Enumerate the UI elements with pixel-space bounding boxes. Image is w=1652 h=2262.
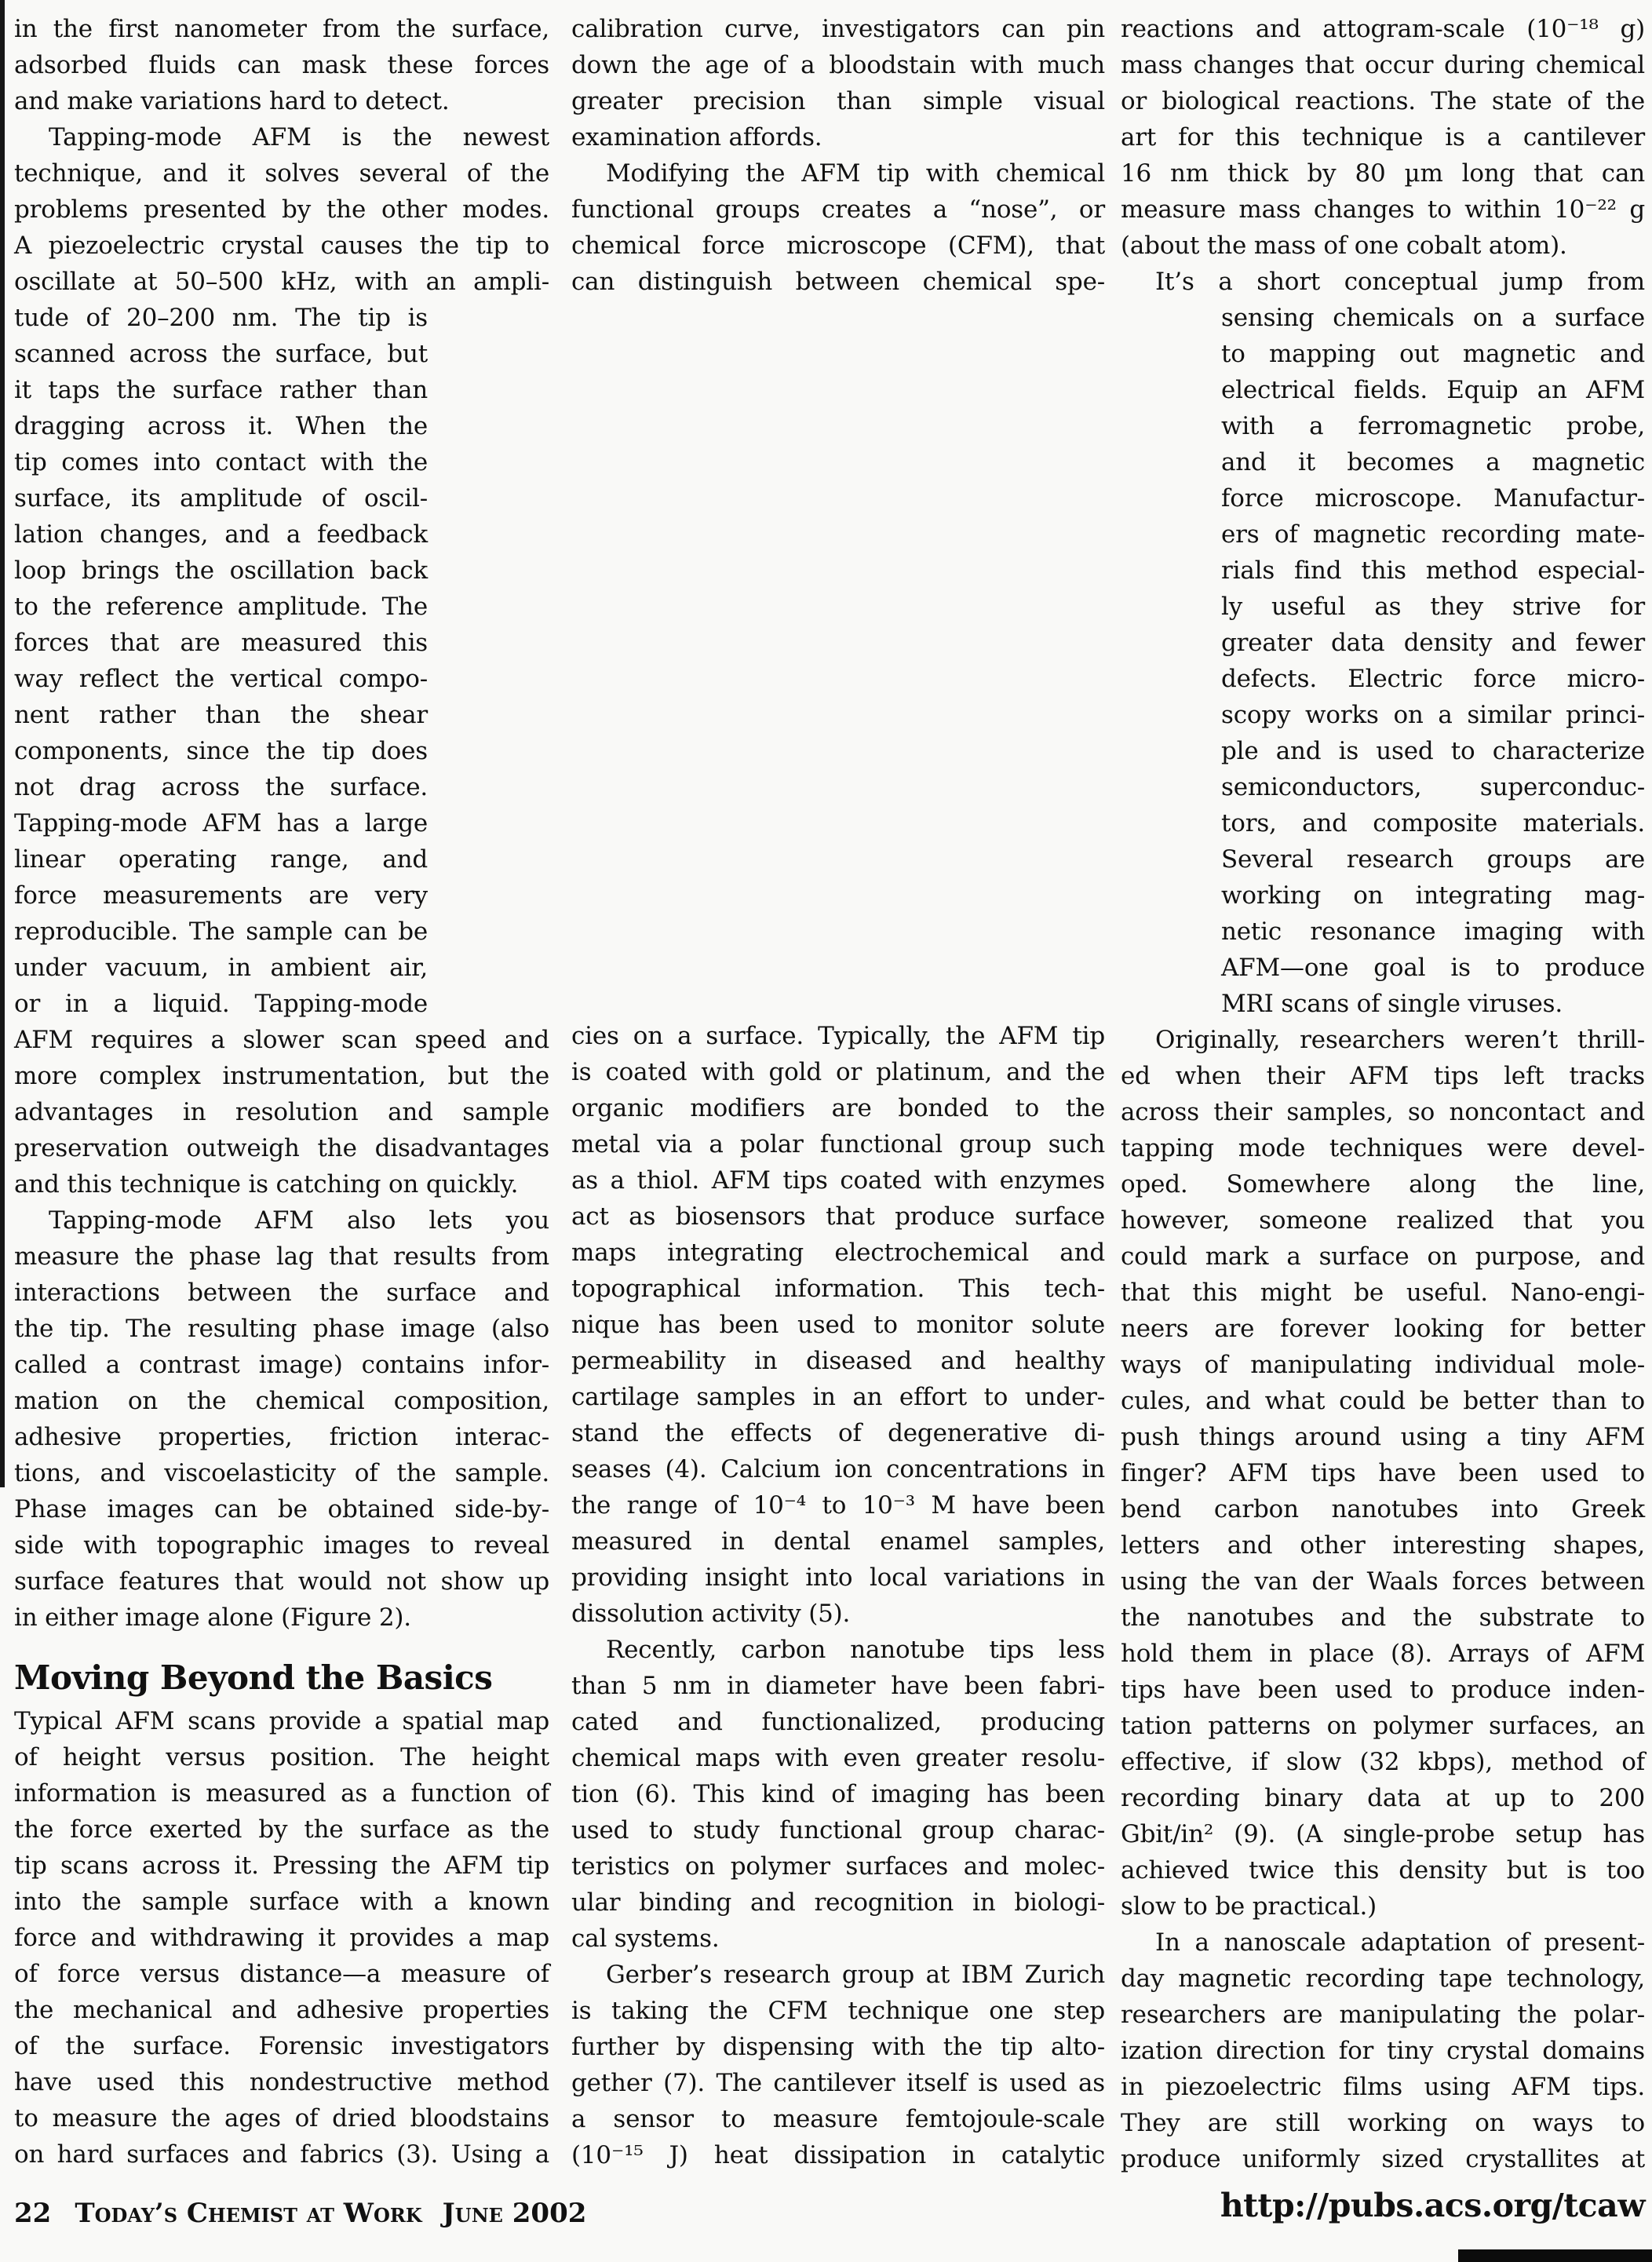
- body-text-line: day magnetic recording tape technology,: [1121, 1961, 1645, 1997]
- text-block-col3-figure-wrap: sensing chemicals on a surfaceto mapping…: [1221, 300, 1645, 1022]
- body-text-line: problems presented by the other modes.: [14, 192, 549, 228]
- footer-page-info: 22Today’s Chemist at WorkJune 2002: [14, 2198, 586, 2229]
- paragraph: cies on a surface. Typically, the AFM ti…: [571, 1018, 1105, 1632]
- body-text-line: technique, and it solves several of the: [14, 155, 549, 192]
- body-text-line: tors, and composite materials.: [1221, 805, 1645, 841]
- body-text-line: surface features that would not show up: [14, 1563, 549, 1600]
- body-text-line: tapping mode techniques were devel-: [1121, 1130, 1645, 1166]
- body-text-line: scopy works on a similar princi-: [1221, 697, 1645, 733]
- body-text-line: measure mass changes to within 10⁻²² g: [1121, 192, 1645, 228]
- body-text-line: (10⁻¹⁵ J) heat dissipation in catalytic: [571, 2137, 1105, 2173]
- paragraph: calibration curve, investigators can pin…: [571, 11, 1105, 155]
- paragraph: Typical AFM scans provide a spatial mapo…: [14, 1703, 549, 2173]
- section-heading: Moving Beyond the Basics: [14, 1659, 549, 1697]
- body-text-line: cated and functionalized, producing: [571, 1704, 1105, 1740]
- body-text-line: AFM—one goal is to produce: [1221, 950, 1645, 986]
- body-text-line: ization direction for tiny crystal domai…: [1121, 2033, 1645, 2069]
- body-text-line: Several research groups are: [1221, 841, 1645, 877]
- body-text-line: tion (6). This kind of imaging has been: [571, 1776, 1105, 1812]
- body-text-line: Originally, researchers weren’t thrill-: [1121, 1022, 1645, 1058]
- body-text-line: stand the effects of degenerative di-: [571, 1415, 1105, 1451]
- body-text-line: of the surface. Forensic investigators: [14, 2028, 549, 2064]
- scan-artifact-bottom-right: [1458, 2249, 1652, 2262]
- body-text-line: surface, its amplitude of oscil-: [14, 480, 428, 516]
- body-text-line: They are still working on ways to: [1121, 2105, 1645, 2141]
- paragraph: Tapping-mode AFM also lets youmeasure th…: [14, 1202, 549, 1636]
- body-text-line: more complex instrumentation, but the: [14, 1058, 549, 1094]
- paragraph: sensing chemicals on a surfaceto mapping…: [1221, 300, 1645, 1022]
- body-text-line: have used this nondestructive method: [14, 2064, 549, 2100]
- body-text-line: reproducible. The sample can be: [14, 914, 428, 950]
- column-3: reactions and attogram-scale (10⁻¹⁸ g)ma…: [1121, 11, 1645, 2177]
- body-text-line: force measurements are very: [14, 877, 428, 914]
- body-text-line: seases (4). Calcium ion concentrations i…: [571, 1451, 1105, 1487]
- body-text-line: could mark a surface on purpose, and: [1121, 1239, 1645, 1275]
- body-text-line: measured in dental enamel samples,: [571, 1523, 1105, 1560]
- body-text-line: force microscope. Manufactur-: [1221, 480, 1645, 516]
- body-text-line: act as biosensors that produce surface: [571, 1198, 1105, 1235]
- body-text-line: ed when their AFM tips left tracks: [1121, 1058, 1645, 1094]
- body-text-line: or in a liquid. Tapping-mode: [14, 986, 428, 1022]
- paragraph: tude of 20–200 nm. The tip isscanned acr…: [14, 300, 428, 1022]
- body-text-line: cies on a surface. Typically, the AFM ti…: [571, 1018, 1105, 1054]
- body-text-line: or biological reactions. The state of th…: [1121, 83, 1645, 119]
- body-text-line: oped. Somewhere along the line,: [1121, 1166, 1645, 1202]
- body-text-line: bend carbon nanotubes into Greek: [1121, 1491, 1645, 1527]
- body-text-line: oscillate at 50–500 kHz, with an ampli-: [14, 264, 549, 300]
- body-text-line: tip comes into contact with the: [14, 444, 428, 480]
- body-text-line: across their samples, so noncontact and: [1121, 1094, 1645, 1130]
- body-text-line: interactions between the surface and: [14, 1275, 549, 1311]
- body-text-line: further by dispensing with the tip alto-: [571, 2029, 1105, 2065]
- body-text-line: A piezoelectric crystal causes the tip t…: [14, 228, 549, 264]
- body-text-line: ple and is used to characterize: [1221, 733, 1645, 769]
- body-text-line: Gerber’s research group at IBM Zurich: [571, 1957, 1105, 1993]
- body-text-line: tip scans across it. Pressing the AFM ti…: [14, 1848, 549, 1884]
- body-text-line: permeability in diseased and healthy: [571, 1343, 1105, 1379]
- body-text-line: Modifying the AFM tip with chemical: [571, 155, 1105, 192]
- column-2: calibration curve, investigators can pin…: [571, 11, 1105, 2173]
- body-text-line: loop brings the oscillation back: [14, 553, 428, 589]
- text-block-col1-mid: AFM requires a slower scan speed andmore…: [14, 1022, 549, 1636]
- body-text-line: achieved twice this density but is too: [1121, 1852, 1645, 1888]
- body-text-line: providing insight into local variations …: [571, 1560, 1105, 1596]
- body-text-line: rials find this method especial-: [1221, 553, 1645, 589]
- text-block-col2-top: calibration curve, investigators can pin…: [571, 11, 1105, 300]
- text-block-col3-top: reactions and attogram-scale (10⁻¹⁸ g)ma…: [1121, 11, 1645, 300]
- body-text-line: Tapping-mode AFM also lets you: [14, 1202, 549, 1239]
- body-text-line: adsorbed fluids can mask these forces: [14, 47, 549, 83]
- body-text-line: calibration curve, investigators can pin: [571, 11, 1105, 47]
- body-text-line: a sensor to measure femtojoule-scale: [571, 2101, 1105, 2137]
- body-text-line: dragging across it. When the: [14, 408, 428, 444]
- paragraph: in the first nanometer from the surface,…: [14, 11, 549, 119]
- body-text-line: effective, if slow (32 kbps), method of: [1121, 1744, 1645, 1780]
- body-text-line: side with topographic images to reveal: [14, 1527, 549, 1563]
- body-text-line: mation on the chemical composition,: [14, 1383, 549, 1419]
- body-text-line: than 5 nm in diameter have been fabri-: [571, 1668, 1105, 1704]
- body-text-line: reactions and attogram-scale (10⁻¹⁸ g): [1121, 11, 1645, 47]
- paragraph: In a nanoscale adaptation of present-day…: [1121, 1925, 1645, 2177]
- body-text-line: ways of manipulating individual mole-: [1121, 1347, 1645, 1383]
- body-text-line: metal via a polar functional group such: [571, 1126, 1105, 1162]
- text-block-col2-main: cies on a surface. Typically, the AFM ti…: [571, 1018, 1105, 2173]
- body-text-line: produce uniformly sized crystallites at: [1121, 2141, 1645, 2177]
- body-text-line: Typical AFM scans provide a spatial map: [14, 1703, 549, 1739]
- body-text-line: cules, and what could be better than to: [1121, 1383, 1645, 1419]
- body-text-line: linear operating range, and: [14, 841, 428, 877]
- body-text-line: not drag across the surface.: [14, 769, 428, 805]
- body-text-line: the nanotubes and the substrate to: [1121, 1600, 1645, 1636]
- body-text-line: forces that are measured this: [14, 625, 428, 661]
- body-text-line: In a nanoscale adaptation of present-: [1121, 1925, 1645, 1961]
- body-text-line: lation changes, and a feedback: [14, 516, 428, 553]
- paragraph: It’s a short conceptual jump from: [1121, 264, 1645, 300]
- body-text-line: ers of magnetic recording mate-: [1221, 516, 1645, 553]
- paragraph: reactions and attogram-scale (10⁻¹⁸ g)ma…: [1121, 11, 1645, 264]
- body-text-line: using the van der Waals forces between: [1121, 1563, 1645, 1600]
- body-text-line: and this technique is catching on quickl…: [14, 1166, 549, 1202]
- body-text-line: Tapping-mode AFM is the newest: [14, 119, 549, 155]
- body-text-line: teristics on polymer surfaces and molec-: [571, 1848, 1105, 1884]
- body-text-line: tions, and viscoelasticity of the sample…: [14, 1455, 549, 1491]
- body-text-line: Tapping-mode AFM has a large: [14, 805, 428, 841]
- body-text-line: electrical fields. Equip an AFM: [1221, 372, 1645, 408]
- body-text-line: dissolution activity (5).: [571, 1596, 1105, 1632]
- issue-date: June 2002: [443, 2198, 587, 2229]
- body-text-line: to mapping out magnetic and: [1221, 336, 1645, 372]
- body-text-line: nique has been used to monitor solute: [571, 1307, 1105, 1343]
- body-text-line: on hard surfaces and fabrics (3). Using …: [14, 2136, 549, 2173]
- page-number: 22: [14, 2198, 51, 2229]
- magazine-name: Today’s Chemist at Work: [75, 2198, 421, 2229]
- body-text-line: ular binding and recognition in biologi-: [571, 1884, 1105, 1921]
- body-text-line: under vacuum, in ambient air,: [14, 950, 428, 986]
- body-text-line: push things around using a tiny AFM: [1121, 1419, 1645, 1455]
- body-text-line: in piezoelectric films using AFM tips.: [1121, 2069, 1645, 2105]
- text-block-col1-bottom: Typical AFM scans provide a spatial mapo…: [14, 1703, 549, 2173]
- body-text-line: (about the mass of one cobalt atom).: [1121, 228, 1645, 264]
- body-text-line: as a thiol. AFM tips coated with enzymes: [571, 1162, 1105, 1198]
- body-text-line: used to study functional group charac-: [571, 1812, 1105, 1848]
- text-block-col1-top: in the first nanometer from the surface,…: [14, 11, 549, 300]
- body-text-line: recording binary data at up to 200: [1121, 1780, 1645, 1816]
- body-text-line: functional groups creates a “nose”, or: [571, 192, 1105, 228]
- body-text-line: is taking the CFM technique one step: [571, 1993, 1105, 2029]
- body-text-line: is coated with gold or platinum, and the: [571, 1054, 1105, 1090]
- body-text-line: netic resonance imaging with: [1221, 914, 1645, 950]
- body-text-line: chemical force microscope (CFM), that: [571, 228, 1105, 264]
- body-text-line: organic modifiers are bonded to the: [571, 1090, 1105, 1126]
- body-text-line: It’s a short conceptual jump from: [1121, 264, 1645, 300]
- body-text-line: Recently, carbon nanotube tips less: [571, 1632, 1105, 1668]
- body-text-line: topographical information. This tech-: [571, 1271, 1105, 1307]
- body-text-line: examination affords.: [571, 119, 1105, 155]
- body-text-line: mass changes that occur during chemical: [1121, 47, 1645, 83]
- body-text-line: to measure the ages of dried bloodstains: [14, 2100, 549, 2136]
- body-text-line: the force exerted by the surface as the: [14, 1811, 549, 1848]
- body-text-line: the range of 10⁻⁴ to 10⁻³ M have been: [571, 1487, 1105, 1523]
- body-text-line: gether (7). The cantilever itself is use…: [571, 2065, 1105, 2101]
- body-text-line: 16 nm thick by 80 µm long that can: [1121, 155, 1645, 192]
- body-text-line: components, since the tip does: [14, 733, 428, 769]
- text-block-col3-main: Originally, researchers weren’t thrill-e…: [1121, 1022, 1645, 2177]
- body-text-line: art for this technique is a cantilever: [1121, 119, 1645, 155]
- body-text-line: Gbit/in² (9). (A single-probe setup has: [1121, 1816, 1645, 1852]
- body-text-line: that this might be useful. Nano-engi-: [1121, 1275, 1645, 1311]
- body-text-line: it taps the surface rather than: [14, 372, 428, 408]
- body-text-line: semiconductors, superconduc-: [1221, 769, 1645, 805]
- body-text-line: neers are forever looking for better: [1121, 1311, 1645, 1347]
- column-1: in the first nanometer from the surface,…: [14, 11, 549, 2173]
- body-text-line: chemical maps with even greater resolu-: [571, 1740, 1105, 1776]
- figure-whitespace: [571, 300, 1105, 1018]
- body-text-line: working on integrating mag-: [1221, 877, 1645, 914]
- paragraph: Recently, carbon nanotube tips lessthan …: [571, 1632, 1105, 1957]
- body-text-line: in either image alone (Figure 2).: [14, 1600, 549, 1636]
- body-text-line: hold them in place (8). Arrays of AFM: [1121, 1636, 1645, 1672]
- body-text-line: the mechanical and adhesive properties: [14, 1992, 549, 2028]
- body-text-line: force and withdrawing it provides a map: [14, 1920, 549, 1956]
- body-text-line: and it becomes a magnetic: [1221, 444, 1645, 480]
- body-text-line: of height versus position. The height: [14, 1739, 549, 1775]
- body-text-line: ly useful as they strive for: [1221, 589, 1645, 625]
- body-text-line: greater data density and fewer: [1221, 625, 1645, 661]
- body-text-line: nent rather than the shear: [14, 697, 428, 733]
- body-text-line: tation patterns on polymer surfaces, an: [1121, 1708, 1645, 1744]
- body-text-line: down the age of a bloodstain with much: [571, 47, 1105, 83]
- body-text-line: finger? AFM tips have been used to: [1121, 1455, 1645, 1491]
- body-text-line: and make variations hard to detect.: [14, 83, 549, 119]
- body-text-line: tude of 20–200 nm. The tip is: [14, 300, 428, 336]
- body-text-line: scanned across the surface, but: [14, 336, 428, 372]
- paragraph: AFM requires a slower scan speed andmore…: [14, 1022, 549, 1202]
- body-text-line: preservation outweigh the disadvantages: [14, 1130, 549, 1166]
- body-text-line: however, someone realized that you: [1121, 1202, 1645, 1239]
- body-text-line: in the first nanometer from the surface,: [14, 11, 549, 47]
- body-text-line: defects. Electric force micro-: [1221, 661, 1645, 697]
- body-text-line: MRI scans of single viruses.: [1221, 986, 1645, 1022]
- body-text-line: Phase images can be obtained side-by-: [14, 1491, 549, 1527]
- body-text-line: adhesive properties, friction interac-: [14, 1419, 549, 1455]
- body-text-line: to the reference amplitude. The: [14, 589, 428, 625]
- body-text-line: information is measured as a function of: [14, 1775, 549, 1811]
- body-text-line: tips have been used to produce inden-: [1121, 1672, 1645, 1708]
- paragraph: Tapping-mode AFM is the newesttechnique,…: [14, 119, 549, 300]
- body-text-line: way reflect the vertical compo-: [14, 661, 428, 697]
- scan-artifact-left-edge: [0, 0, 5, 1487]
- text-block-col1-figure-wrap: tude of 20–200 nm. The tip isscanned acr…: [14, 300, 428, 1022]
- body-text-line: advantages in resolution and sample: [14, 1094, 549, 1130]
- body-text-line: letters and other interesting shapes,: [1121, 1527, 1645, 1563]
- body-text-line: slow to be practical.): [1121, 1888, 1645, 1925]
- body-text-line: researchers are manipulating the polar-: [1121, 1997, 1645, 2033]
- body-text-line: cartilage samples in an effort to under-: [571, 1379, 1105, 1415]
- body-text-line: called a contrast image) contains infor-: [14, 1347, 549, 1383]
- magazine-page: in the first nanometer from the surface,…: [0, 0, 1652, 2262]
- paragraph: Gerber’s research group at IBM Zurichis …: [571, 1957, 1105, 2173]
- body-text-line: cal systems.: [571, 1921, 1105, 1957]
- body-text-line: of force versus distance—a measure of: [14, 1956, 549, 1992]
- body-text-line: with a ferromagnetic probe,: [1221, 408, 1645, 444]
- footer-url: http://pubs.acs.org/tcaw: [1220, 2187, 1645, 2224]
- body-text-line: measure the phase lag that results from: [14, 1239, 549, 1275]
- body-text-line: into the sample surface with a known: [14, 1884, 549, 1920]
- body-text-line: the tip. The resulting phase image (also: [14, 1311, 549, 1347]
- body-text-line: maps integrating electrochemical and: [571, 1235, 1105, 1271]
- body-text-line: AFM requires a slower scan speed and: [14, 1022, 549, 1058]
- body-text-line: sensing chemicals on a surface: [1221, 300, 1645, 336]
- body-text-line: greater precision than simple visual: [571, 83, 1105, 119]
- paragraph: Originally, researchers weren’t thrill-e…: [1121, 1022, 1645, 1925]
- paragraph: Modifying the AFM tip with chemicalfunct…: [571, 155, 1105, 300]
- body-text-line: can distinguish between chemical spe-: [571, 264, 1105, 300]
